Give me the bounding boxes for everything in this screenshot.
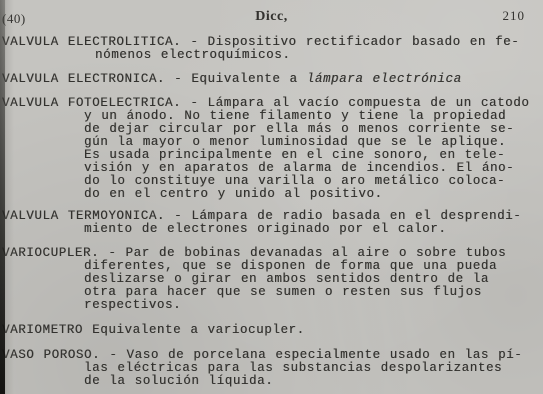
entry-vaso-poroso: VASO POROSO. - Vaso de porcelana especia…: [2, 349, 537, 388]
entry-line: do en el centro y unido al positivo.: [84, 188, 537, 201]
entry-valvula-termoyonica: VALVULA TERMOYONICA. - Lámpara de radio …: [2, 210, 537, 236]
entry-line: VARIOMETRO Equivalente a variocupler.: [2, 324, 537, 337]
running-title: Dicc,: [0, 9, 543, 25]
entry-line: respectivos.: [84, 299, 537, 312]
entry-line: de la solución líquida.: [84, 375, 537, 388]
entry-valvula-fotoelectrica: VALVULA FOTOELECTRICA. - Lámpara al vací…: [2, 97, 537, 201]
entry-italic-reference: lámpara electrónica: [307, 72, 462, 86]
entry-variometro: VARIOMETRO Equivalente a variocupler.: [2, 324, 537, 337]
entry-valvula-electrolitica: VALVULA ELECTROLITICA. - Dispositivo rec…: [2, 36, 537, 62]
scanned-dictionary-page: { "page_header": { "folio": "(40)", "tit…: [0, 0, 543, 394]
entry-line: miento de electrones originado por el ca…: [84, 223, 537, 236]
entry-line: VALVULA ELECTRONICA. - Equivalente a lám…: [2, 73, 537, 86]
dictionary-entries: VALVULA ELECTROLITICA. - Dispositivo rec…: [2, 36, 537, 394]
page-header: (40) Dicc, 210: [0, 0, 543, 30]
entry-text: VALVULA ELECTRONICA. - Equivalente a: [2, 72, 307, 86]
page-number: 210: [503, 8, 526, 24]
entry-valvula-electronica: VALVULA ELECTRONICA. - Equivalente a lám…: [2, 73, 537, 86]
entry-variocupler: VARIOCUPLER. - Par de bobinas devanadas …: [2, 247, 537, 312]
entry-line: nómenos electroquímicos.: [95, 49, 537, 62]
